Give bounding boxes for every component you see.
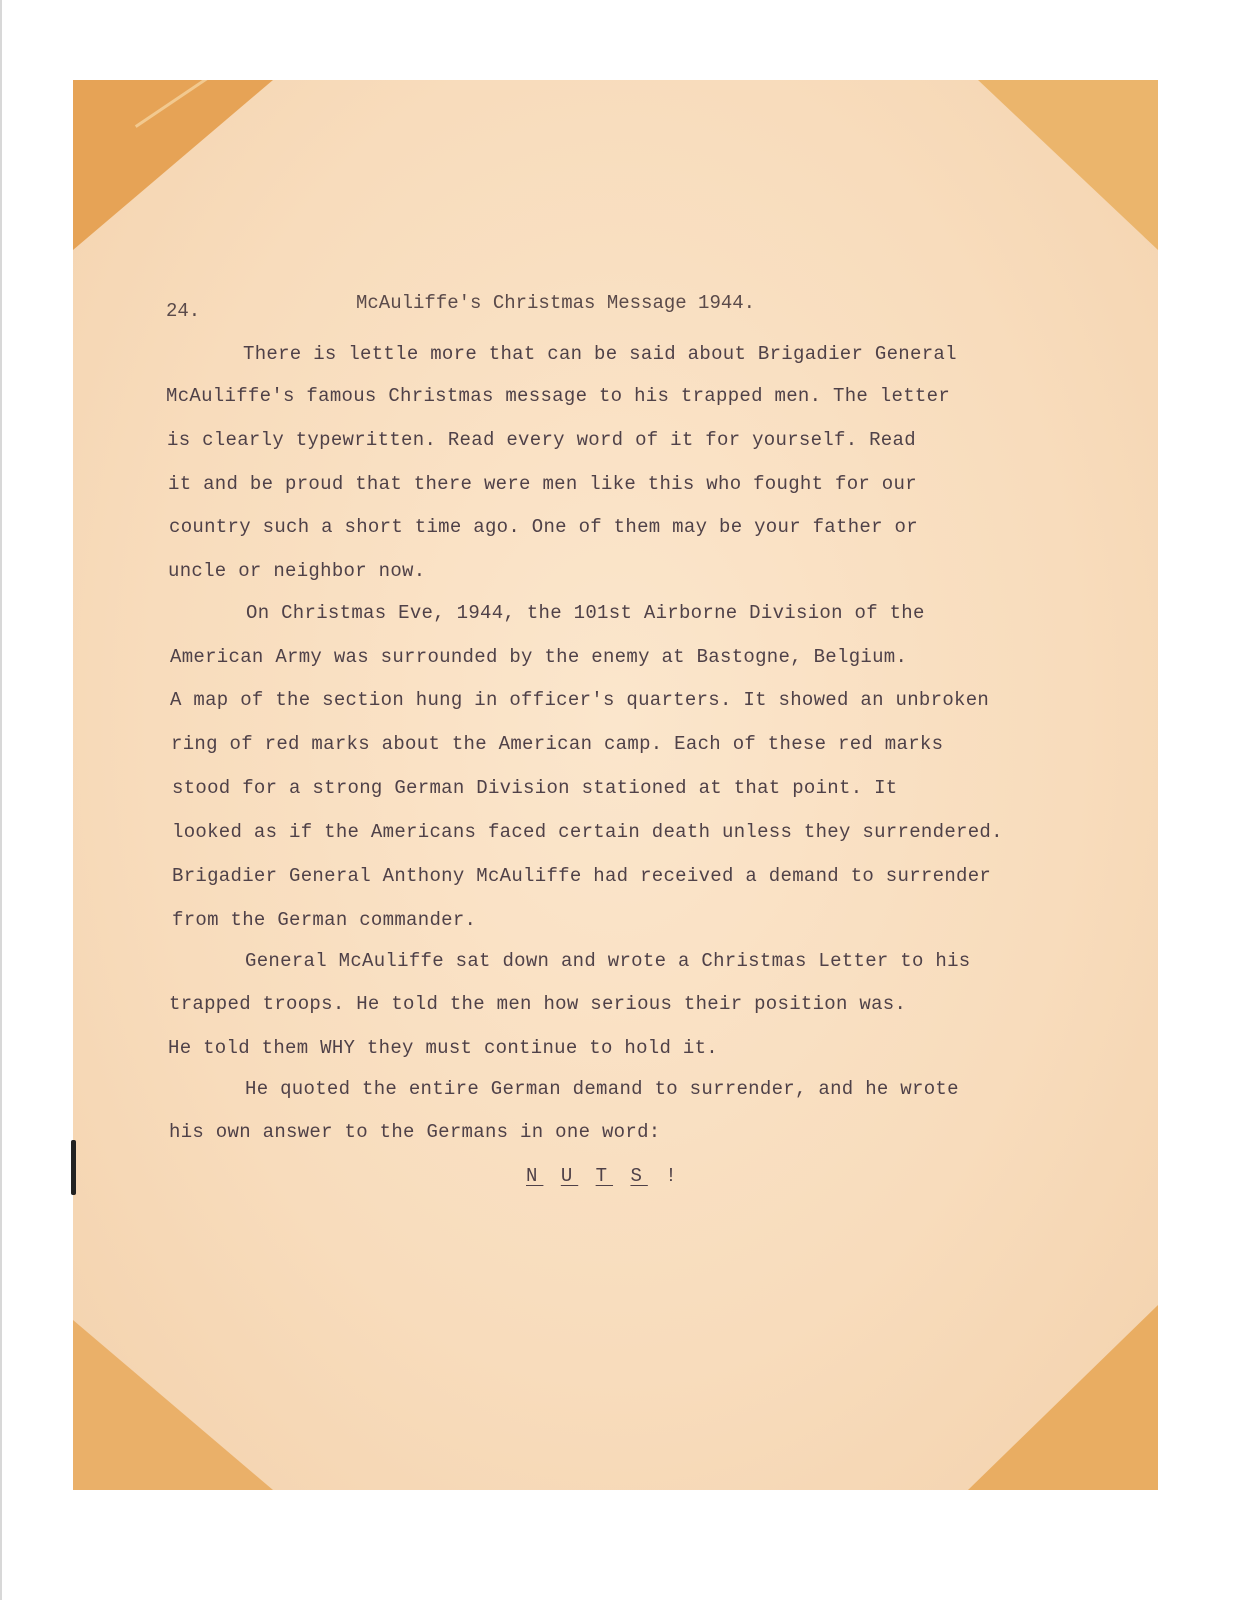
paragraph-4-line-2: his own answer to the Germans in one wor… <box>169 1121 660 1143</box>
paragraph-1-line-4: it and be proud that there were men like… <box>168 473 917 495</box>
stained-corner-bottom-left <box>73 1320 273 1490</box>
typewritten-page: 24. McAuliffe's Christmas Message 1944. … <box>73 80 1158 1490</box>
stained-corner-top-left <box>73 80 273 250</box>
paragraph-2-line-5: stood for a strong German Division stati… <box>172 777 898 799</box>
paragraph-4-line-1: He quoted the entire German demand to su… <box>245 1078 959 1100</box>
paragraph-3-line-1: General McAuliffe sat down and wrote a C… <box>245 950 971 972</box>
scan-edge <box>0 0 2 1600</box>
paragraph-1-line-3: is clearly typewritten. Read every word … <box>167 429 916 451</box>
paragraph-2-line-3: A map of the section hung in officer's q… <box>170 689 989 711</box>
paragraph-3-line-3: He told them WHY they must continue to h… <box>168 1037 718 1059</box>
binding-mark <box>71 1140 76 1195</box>
document-title: McAuliffe's Christmas Message 1944. <box>356 292 755 314</box>
paragraph-1-line-1: There is lettle more that can be said ab… <box>243 343 957 365</box>
paragraph-2-line-8: from the German commander. <box>172 909 476 931</box>
nuts-exclamation: ! <box>665 1165 682 1187</box>
paragraph-2-line-7: Brigadier General Anthony McAuliffe had … <box>172 865 991 887</box>
nuts-letter-u: U <box>561 1165 578 1187</box>
paragraph-2-line-2: American Army was surrounded by the enem… <box>170 646 907 668</box>
stained-corner-top-right <box>978 80 1158 250</box>
nuts-letter-t: T <box>596 1165 613 1187</box>
paragraph-1-line-5: country such a short time ago. One of th… <box>169 516 918 538</box>
paragraph-2-line-6: looked as if the Americans faced certain… <box>172 821 1003 843</box>
paragraph-2-line-4: ring of red marks about the American cam… <box>171 733 943 755</box>
paragraph-1-line-6: uncle or neighbor now. <box>168 560 425 582</box>
paragraph-1-line-2: McAuliffe's famous Christmas message to … <box>166 385 950 407</box>
paragraph-2-line-1: On Christmas Eve, 1944, the 101st Airbor… <box>246 602 925 624</box>
paragraph-3-line-2: trapped troops. He told the men how seri… <box>169 993 906 1015</box>
nuts-letter-n: N <box>526 1165 543 1187</box>
nuts-letter-s: S <box>630 1165 647 1187</box>
stained-corner-bottom-right <box>968 1305 1158 1490</box>
page-number: 24. <box>166 300 200 322</box>
closing-word-nuts: N U T S ! <box>526 1165 683 1187</box>
